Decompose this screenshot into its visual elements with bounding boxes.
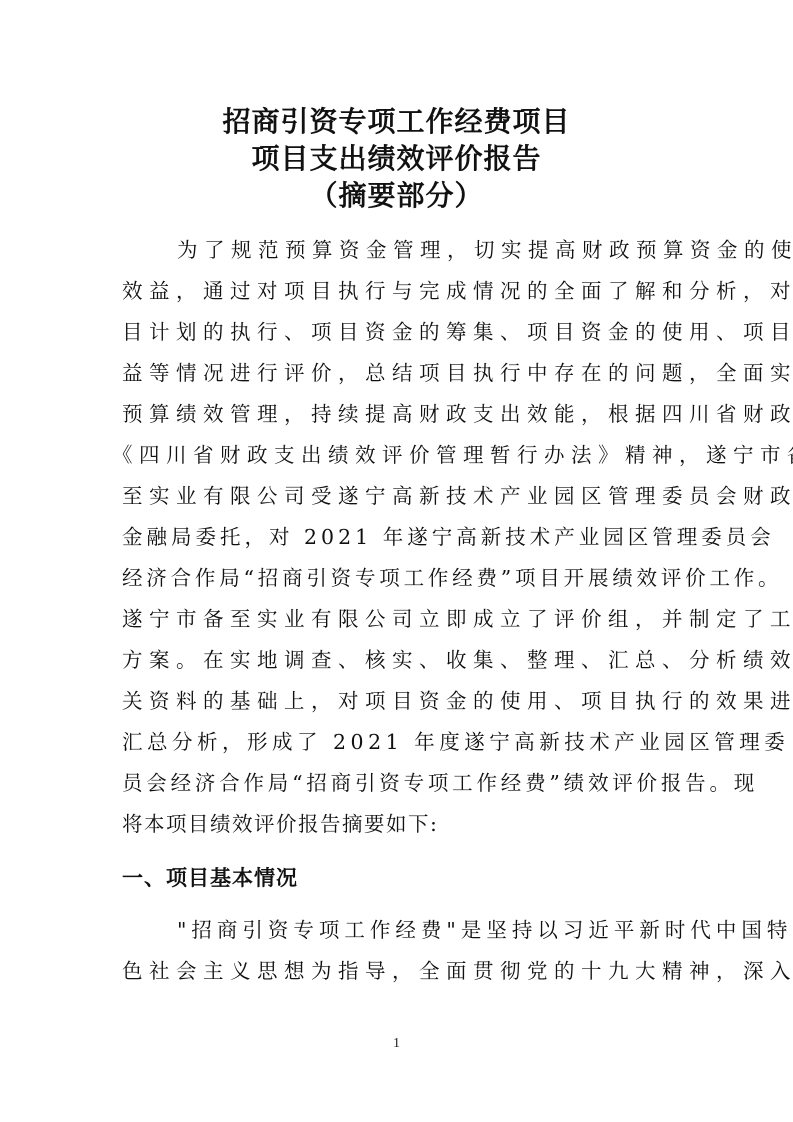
page-number: 1 (0, 1036, 793, 1052)
paragraph-line: "招商引资专项工作经费"是坚持以习近平新时代中国特 (122, 910, 678, 951)
paragraph-line: 《四川省财政支出绩效评价管理暂行办法》精神，遂宁市备 (112, 435, 678, 476)
paragraph-line: 将本项目绩效评价报告摘要如下: (122, 804, 678, 845)
paragraph-line: 为了规范预算资金管理，切实提高财政预算资金的使用 (122, 230, 678, 271)
paragraph-line: 经济合作局“招商引资专项工作经费”项目开展绩效评价工作。 (122, 558, 678, 599)
title-line-2: 项目支出绩效评价报告 (0, 140, 793, 177)
paragraph-line: 员会经济合作局“招商引资专项工作经费”绩效评价报告。现 (122, 763, 678, 804)
paragraph-line: 效益，通过对项目执行与完成情况的全面了解和分析，对项 (122, 271, 678, 312)
section-paragraph: "招商引资专项工作经费"是坚持以习近平新时代中国特 色社会主义思想为指导，全面贯… (122, 910, 678, 992)
paragraph-line: 金融局委托，对 2021 年遂宁高新技术产业园区管理委员会 (122, 517, 678, 558)
title-line-3: （摘要部分） (0, 177, 793, 214)
paragraph-line: 至实业有限公司受遂宁高新技术产业园区管理委员会财政 (122, 476, 678, 517)
intro-paragraph: 为了规范预算资金管理，切实提高财政预算资金的使用 效益，通过对项目执行与完成情况… (122, 230, 678, 845)
paragraph-line: 方案。在实地调查、核实、收集、整理、汇总、分析绩效相 (122, 640, 678, 681)
paragraph-line: 色社会主义思想为指导，全面贯彻党的十九大精神，深入学 (122, 951, 678, 992)
document-page: 招商引资专项工作经费项目 项目支出绩效评价报告 （摘要部分） 为了规范预算资金管… (0, 0, 793, 1122)
paragraph-line: 目计划的执行、项目资金的筹集、项目资金的使用、项目效 (122, 312, 678, 353)
paragraph-line: 汇总分析，形成了 2021 年度遂宁高新技术产业园区管理委 (122, 722, 678, 763)
paragraph-line: 益等情况进行评价，总结项目执行中存在的问题，全面实施 (122, 353, 678, 394)
paragraph-line: 关资料的基础上，对项目资金的使用、项目执行的效果进行 (122, 681, 678, 722)
paragraph-line: 遂宁市备至实业有限公司立即成立了评价组，并制定了工作 (122, 599, 678, 640)
report-title: 招商引资专项工作经费项目 项目支出绩效评价报告 （摘要部分） (0, 103, 793, 214)
title-line-1: 招商引资专项工作经费项目 (0, 103, 793, 140)
section-heading: 一、项目基本情况 (122, 862, 298, 892)
paragraph-line: 预算绩效管理，持续提高财政支出效能，根据四川省财政厅 (122, 394, 678, 435)
